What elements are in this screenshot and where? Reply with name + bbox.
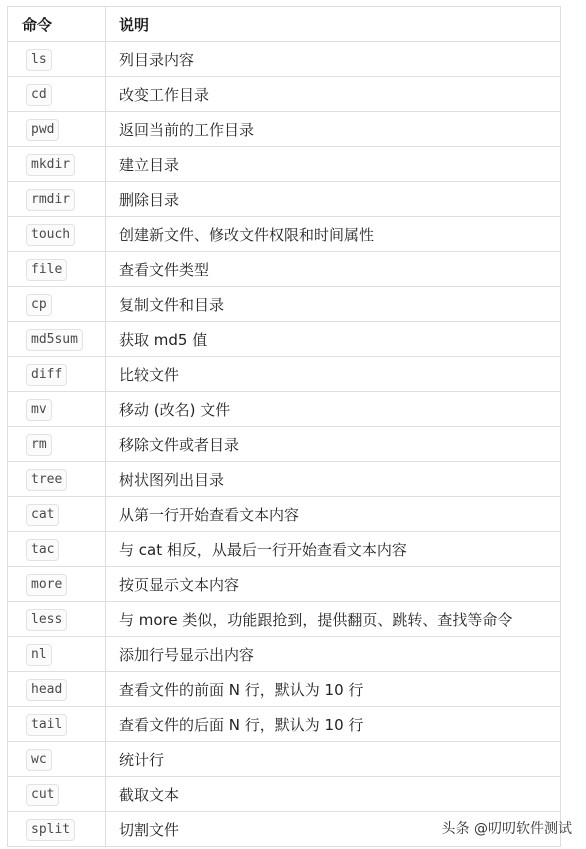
command-code: tail: [26, 714, 67, 736]
description-cell: 查看文件类型: [106, 252, 561, 287]
description-cell: 与 more 类似，功能跟抢到，提供翻页、跳转、查找等命令: [106, 602, 561, 637]
description-cell: 移动 (改名) 文件: [106, 392, 561, 427]
command-cell: nl: [8, 637, 106, 672]
command-cell: cd: [8, 77, 106, 112]
table-row: rmdir删除目录: [8, 182, 561, 217]
table-row: ls列目录内容: [8, 42, 561, 77]
page: 命令 说明 ls列目录内容cd改变工作目录pwd返回当前的工作目录mkdir建立…: [0, 0, 586, 849]
description-cell: 统计行: [106, 742, 561, 777]
table-row: tac与 cat 相反，从最后一行开始查看文本内容: [8, 532, 561, 567]
command-code: cut: [26, 784, 59, 806]
table-row: more按页显示文本内容: [8, 567, 561, 602]
description-cell: 查看文件的后面 N 行，默认为 10 行: [106, 707, 561, 742]
command-cell: cat: [8, 497, 106, 532]
command-code: less: [26, 609, 67, 631]
command-code: more: [26, 574, 67, 596]
command-code: nl: [26, 644, 52, 666]
command-code: wc: [26, 749, 52, 771]
description-cell: 列目录内容: [106, 42, 561, 77]
table-row: mv移动 (改名) 文件: [8, 392, 561, 427]
command-code: mkdir: [26, 154, 75, 176]
command-cell: mv: [8, 392, 106, 427]
description-cell: 复制文件和目录: [106, 287, 561, 322]
table-row: tree树状图列出目录: [8, 462, 561, 497]
table-row: rm移除文件或者目录: [8, 427, 561, 462]
description-cell: 创建新文件、修改文件权限和时间属性: [106, 217, 561, 252]
header-description: 说明: [106, 7, 561, 42]
description-cell: 查看文件的前面 N 行，默认为 10 行: [106, 672, 561, 707]
command-cell: head: [8, 672, 106, 707]
table-row: nl添加行号显示出内容: [8, 637, 561, 672]
table-row: file查看文件类型: [8, 252, 561, 287]
description-cell: 截取文本: [106, 777, 561, 812]
command-table: 命令 说明 ls列目录内容cd改变工作目录pwd返回当前的工作目录mkdir建立…: [7, 6, 561, 847]
description-cell: 移除文件或者目录: [106, 427, 561, 462]
command-code: rm: [26, 434, 52, 456]
table-row: cut截取文本: [8, 777, 561, 812]
command-code: md5sum: [26, 329, 83, 351]
watermark: 头条 @叨叨软件测试: [442, 818, 572, 838]
command-code: pwd: [26, 119, 59, 141]
command-cell: less: [8, 602, 106, 637]
command-cell: ls: [8, 42, 106, 77]
description-cell: 按页显示文本内容: [106, 567, 561, 602]
table-row: md5sum获取 md5 值: [8, 322, 561, 357]
table-body: ls列目录内容cd改变工作目录pwd返回当前的工作目录mkdir建立目录rmdi…: [8, 42, 561, 847]
command-code: tac: [26, 539, 59, 561]
description-cell: 获取 md5 值: [106, 322, 561, 357]
table-row: cp复制文件和目录: [8, 287, 561, 322]
command-code: tree: [26, 469, 67, 491]
command-cell: diff: [8, 357, 106, 392]
description-cell: 删除目录: [106, 182, 561, 217]
header-command: 命令: [8, 7, 106, 42]
table-row: diff比较文件: [8, 357, 561, 392]
command-code: head: [26, 679, 67, 701]
command-cell: md5sum: [8, 322, 106, 357]
command-cell: cp: [8, 287, 106, 322]
description-cell: 与 cat 相反，从最后一行开始查看文本内容: [106, 532, 561, 567]
command-cell: pwd: [8, 112, 106, 147]
description-cell: 树状图列出目录: [106, 462, 561, 497]
command-cell: mkdir: [8, 147, 106, 182]
command-code: ls: [26, 49, 52, 71]
command-code: cp: [26, 294, 52, 316]
table-row: cat从第一行开始查看文本内容: [8, 497, 561, 532]
table-row: cd改变工作目录: [8, 77, 561, 112]
table-row: less与 more 类似，功能跟抢到，提供翻页、跳转、查找等命令: [8, 602, 561, 637]
description-cell: 改变工作目录: [106, 77, 561, 112]
command-cell: tac: [8, 532, 106, 567]
description-cell: 比较文件: [106, 357, 561, 392]
command-code: split: [26, 819, 75, 841]
command-cell: touch: [8, 217, 106, 252]
command-cell: rmdir: [8, 182, 106, 217]
command-code: diff: [26, 364, 67, 386]
command-code: rmdir: [26, 189, 75, 211]
command-code: mv: [26, 399, 52, 421]
description-cell: 从第一行开始查看文本内容: [106, 497, 561, 532]
command-cell: cut: [8, 777, 106, 812]
table-row: tail查看文件的后面 N 行，默认为 10 行: [8, 707, 561, 742]
command-cell: wc: [8, 742, 106, 777]
description-cell: 返回当前的工作目录: [106, 112, 561, 147]
table-row: wc统计行: [8, 742, 561, 777]
table-header-row: 命令 说明: [8, 7, 561, 42]
command-code: cat: [26, 504, 59, 526]
table-row: touch创建新文件、修改文件权限和时间属性: [8, 217, 561, 252]
command-cell: file: [8, 252, 106, 287]
command-cell: tail: [8, 707, 106, 742]
command-cell: tree: [8, 462, 106, 497]
command-code: touch: [26, 224, 75, 246]
description-cell: 建立目录: [106, 147, 561, 182]
command-code: cd: [26, 84, 52, 106]
command-code: file: [26, 259, 67, 281]
table-row: head查看文件的前面 N 行，默认为 10 行: [8, 672, 561, 707]
description-cell: 添加行号显示出内容: [106, 637, 561, 672]
command-cell: more: [8, 567, 106, 602]
table-row: pwd返回当前的工作目录: [8, 112, 561, 147]
table-row: mkdir建立目录: [8, 147, 561, 182]
command-cell: rm: [8, 427, 106, 462]
command-cell: split: [8, 812, 106, 847]
